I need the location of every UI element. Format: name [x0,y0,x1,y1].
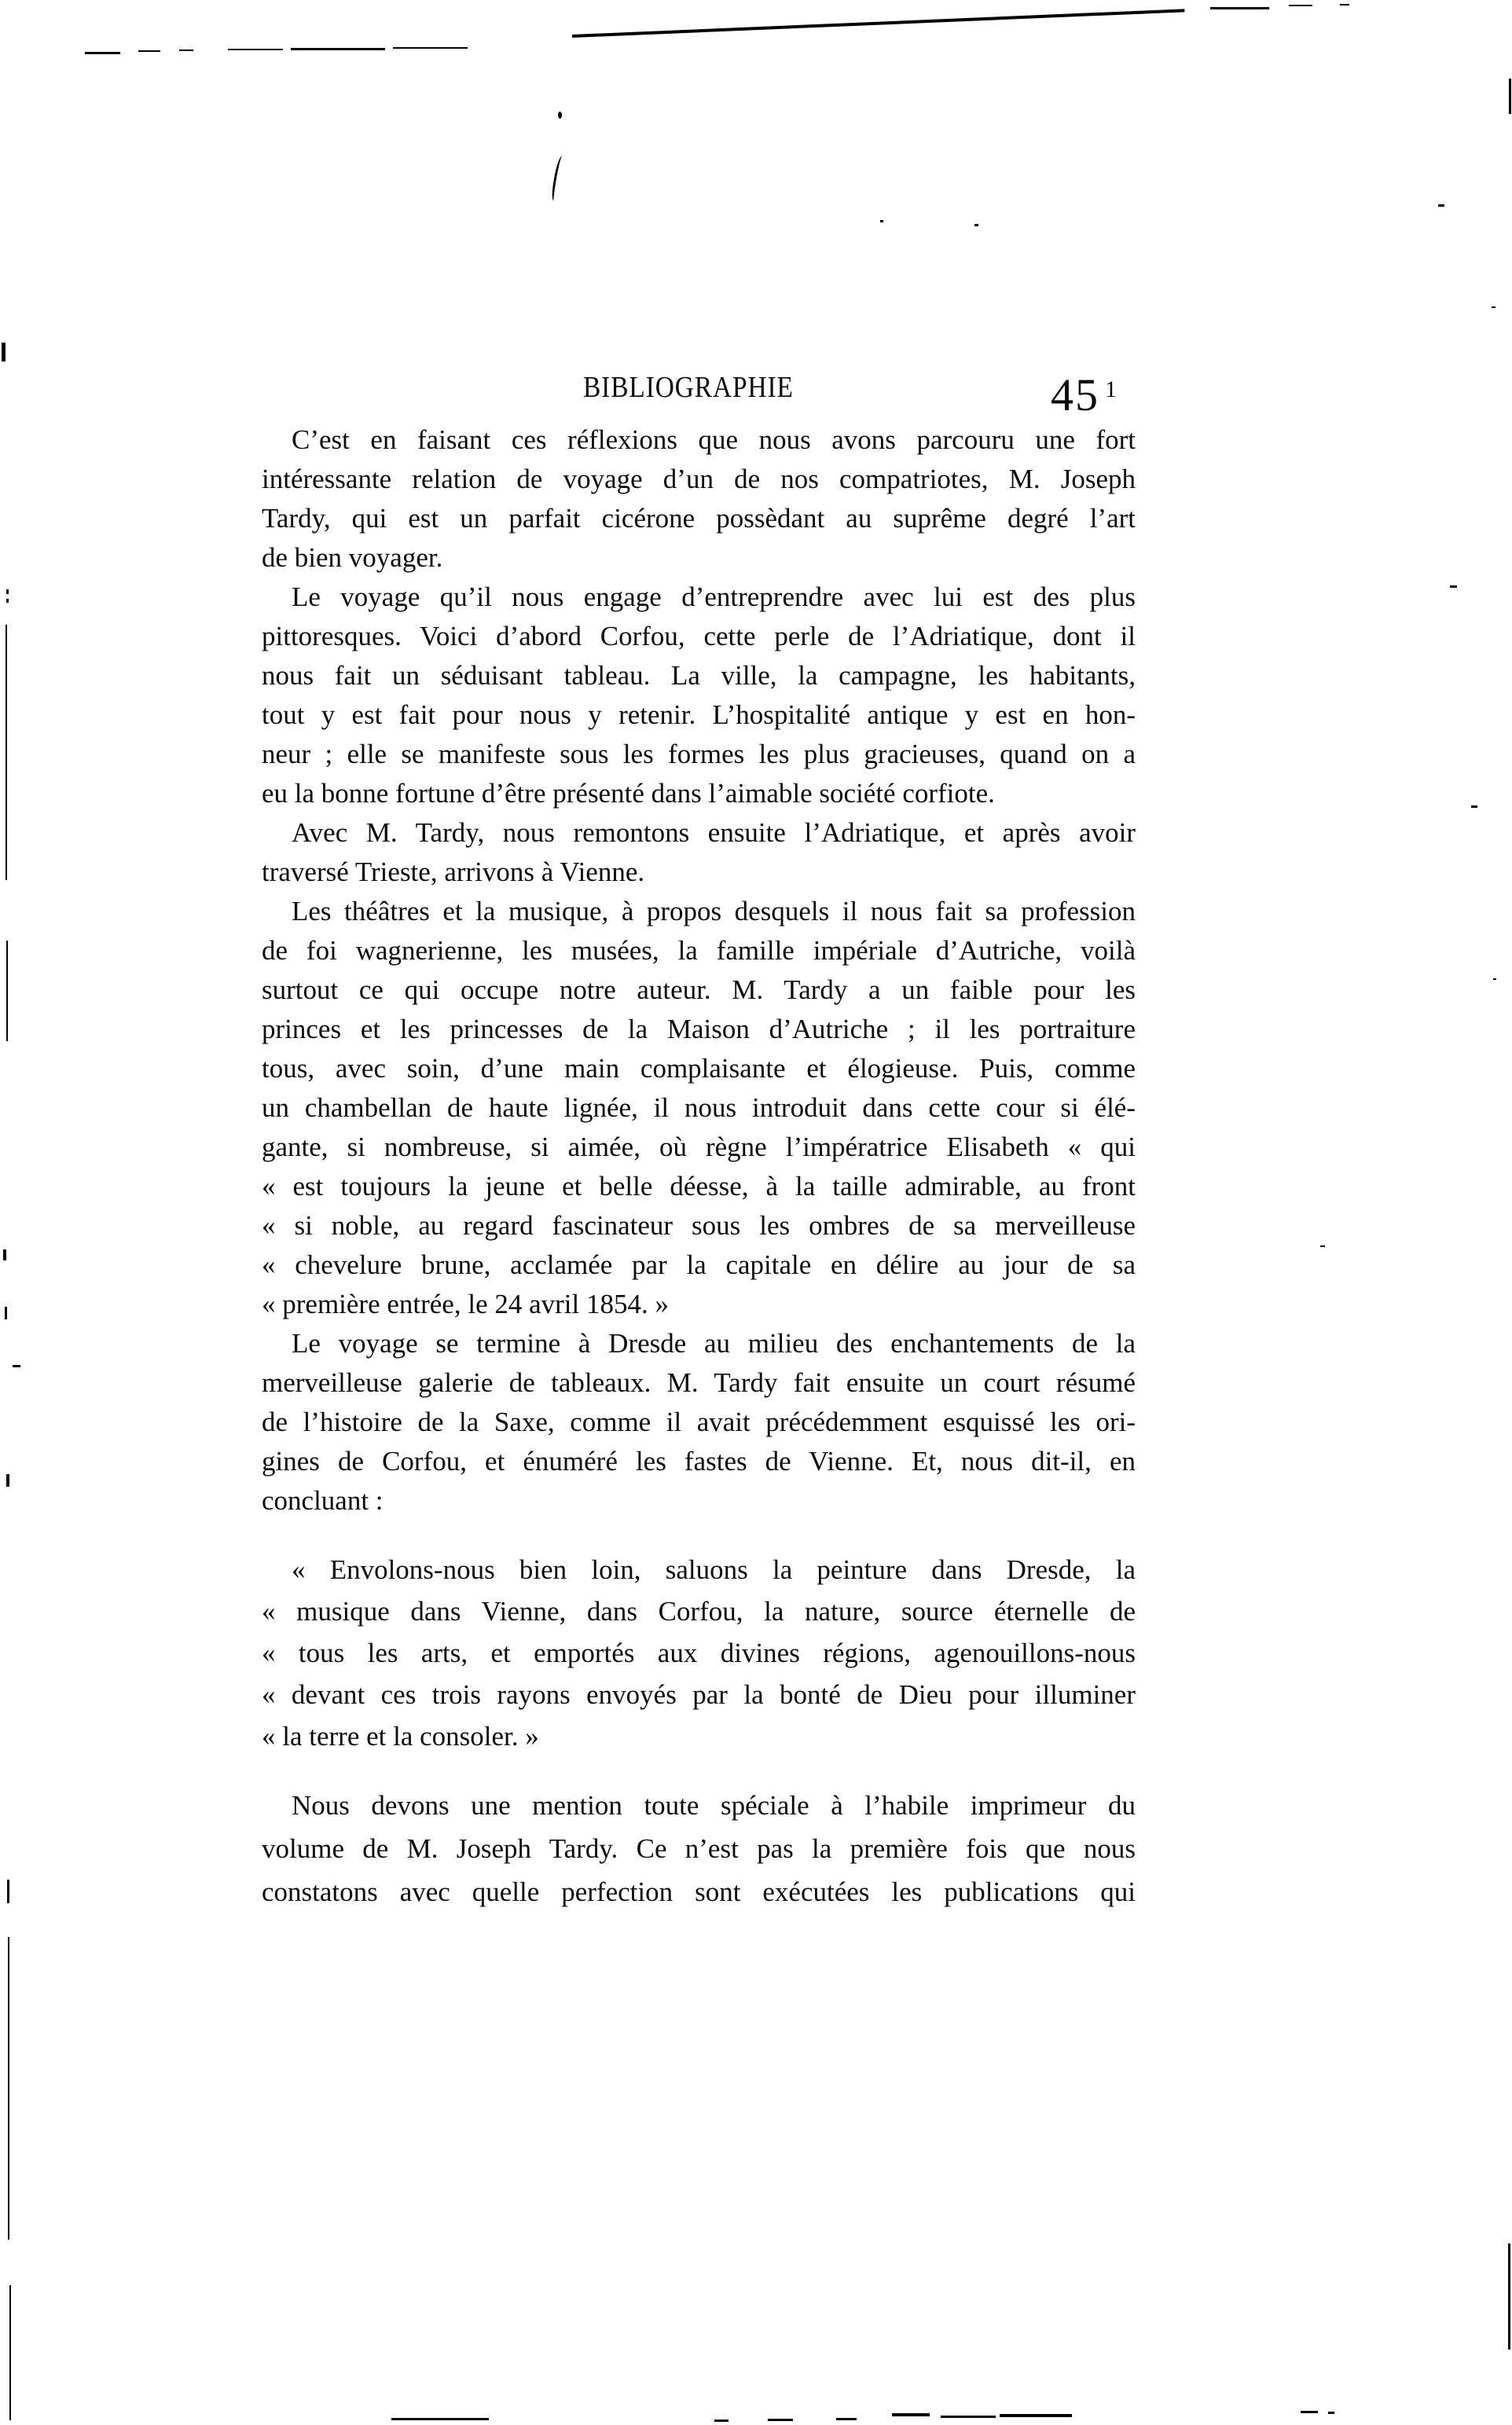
text-line: un chambellan de haute lignée, il nous i… [262,1088,1136,1128]
text-line: merveilleuse galerie de tableaux. M. Tar… [262,1363,1136,1403]
scan-artifact [1320,1246,1325,1247]
paragraph: Le voyage se termine à Dresde au milieu … [262,1324,1136,1521]
text-line: princes et les princesses de la Maison d… [262,1010,1136,1049]
scan-artifact [6,589,9,594]
scan-artifact [1508,2243,1510,2350]
scan-artifact [714,2419,728,2422]
scan-artifact [836,2418,857,2420]
paragraph: C’est en faisant ces réflexions que nous… [262,420,1136,578]
text-line: gante, si nombreuse, si aimée, où règne … [262,1128,1136,1167]
scan-artifact [393,47,468,49]
text-line: volume de M. Joseph Tardy. Ce n’est pas … [262,1827,1136,1870]
scan-artifact [1492,306,1495,308]
text-line: de foi wagnerienne, les musées, la famil… [262,931,1136,970]
page-text-block: C’est en faisant ces réflexions que nous… [262,420,1136,1913]
text-line: de bien voyager. [262,538,1136,578]
page-number: 451 [1051,369,1117,421]
text-line: gines de Corfou, et énuméré les fastes d… [262,1442,1136,1481]
scan-artifact [7,1880,9,1903]
text-line: Nous devons une mention toute spéciale à… [262,1784,1136,1827]
text-line: « la terre et la consoler. » [262,1715,1136,1757]
text-line: Le voyage se termine à Dresde au milieu … [262,1324,1136,1363]
running-header-title: BIBLIOGRAPHIE [583,370,794,405]
scan-artifact [941,2416,996,2418]
scan-artifact [6,599,9,603]
text-line: « devant ces trois rayons envoyés par la… [262,1674,1136,1715]
scan-artifact [228,49,283,50]
scan-artifact [551,156,566,202]
text-line: constatons avec quelle perfection sont e… [262,1870,1136,1913]
page-number-small-digit: 1 [1105,376,1117,402]
scan-artifact [6,1474,9,1487]
text-line: « Envolons-nous bien loin, saluons la pe… [262,1549,1136,1590]
scan-artifact [1301,2411,1318,2413]
paragraph: Les théâtres et la musique, à propos des… [262,892,1136,1324]
scan-artifact [1340,4,1349,6]
text-line: intéressante relation de voyage d’un de … [262,460,1136,499]
text-line: nous fait un séduisant tableau. La ville… [262,656,1136,695]
scan-artifact [558,112,562,119]
text-line: eu la bonne fortune d’être présenté dans… [262,774,1136,813]
text-line: surtout ce qui occupe notre auteur. M. T… [262,970,1136,1010]
text-line: traversé Trieste, arrivons à Vienne. [262,853,1136,892]
scan-artifact [1493,978,1496,980]
scan-artifact [6,625,7,880]
scan-artifact [1328,2412,1334,2414]
text-line: « si noble, au regard fascinateur sous l… [262,1206,1136,1246]
text-line: neur ; elle se manifeste sous les formes… [262,735,1136,774]
text-line: « tous les arts, et emportés aux divines… [262,1632,1136,1674]
paragraph: Avec M. Tardy, nous remontons ensuite l’… [262,813,1136,892]
scan-artifact [880,220,883,222]
scan-artifact [179,50,193,51]
text-line: Avec M. Tardy, nous remontons ensuite l’… [262,813,1136,853]
scan-artifact [768,2419,793,2421]
scan-artifact [391,2418,489,2420]
scan-artifact [8,1937,9,2240]
scan-artifact [9,2285,11,2420]
text-line: « chevelure brune, acclamée par la capit… [262,1246,1136,1285]
scan-artifact [1509,79,1511,114]
scan-artifact [1450,585,1457,588]
paragraph-quote: « Envolons-nous bien loin, saluons la pe… [262,1549,1136,1757]
scan-artifact [892,2413,930,2416]
text-line: Les théâtres et la musique, à propos des… [262,892,1136,931]
scan-artifact [13,1365,20,1367]
text-line: pittoresques. Voici d’abord Corfou, cett… [262,617,1136,656]
scan-artifact [1289,5,1312,6]
scan-artifact [1210,7,1269,9]
scan-artifact [6,941,8,1041]
scan-artifact [1000,2414,1072,2417]
text-line: tous, avec soin, d’une main complaisante… [262,1049,1136,1088]
paragraph: Nous devons une mention toute spéciale à… [262,1784,1136,1913]
scan-artifact [291,48,385,50]
text-line: « est toujours la jeune et belle déesse,… [262,1167,1136,1206]
text-line: « musique dans Vienne, dans Corfou, la n… [262,1590,1136,1632]
paragraph: Le voyage qu’il nous engage d’entreprend… [262,578,1136,813]
scan-artifact [572,9,1184,38]
scan-artifact [5,1307,7,1319]
scan-artifact [2,343,6,361]
text-line: Le voyage qu’il nous engage d’entreprend… [262,578,1136,617]
text-line: « première entrée, le 24 avril 1854. » [262,1285,1136,1324]
scan-artifact [85,52,120,54]
text-line: de l’histoire de la Saxe, comme il avait… [262,1403,1136,1442]
scan-artifact [974,224,978,226]
text-line: concluant : [262,1481,1136,1521]
text-line: C’est en faisant ces réflexions que nous… [262,420,1136,460]
scan-artifact [1438,204,1444,207]
text-line: tout y est fait pour nous y retenir. L’h… [262,695,1136,735]
scan-artifact [3,1249,6,1260]
scan-artifact [1471,805,1477,808]
scan-artifact [138,50,160,52]
text-line: Tardy, qui est un parfait cicérone possè… [262,499,1136,538]
page-number-main: 45 [1051,369,1099,420]
